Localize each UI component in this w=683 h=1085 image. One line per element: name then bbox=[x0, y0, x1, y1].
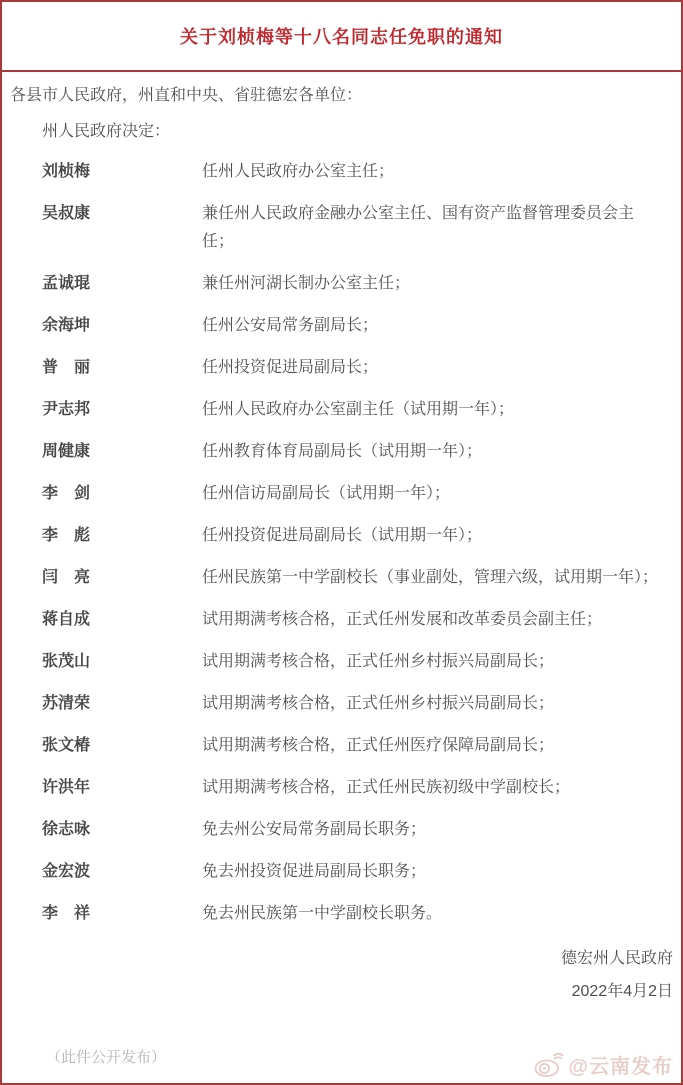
appointment-action: 免去州投资促进局副局长职务； bbox=[202, 858, 673, 886]
appointment-row: 孟诚琨兼任州河湖长制办公室主任； bbox=[10, 270, 673, 298]
appointment-row: 张茂山试用期满考核合格，正式任州乡村振兴局副局长； bbox=[10, 648, 673, 676]
issuing-authority: 德宏州人民政府 bbox=[10, 942, 673, 975]
appointment-action: 试用期满考核合格，正式任州乡村振兴局副局长； bbox=[202, 690, 673, 718]
notice-header: 关于刘桢梅等十八名同志任免职的通知 bbox=[2, 2, 681, 72]
appointment-action: 免去州民族第一中学副校长职务。 bbox=[202, 900, 673, 928]
appointment-row: 许洪年试用期满考核合格，正式任州民族初级中学副校长； bbox=[10, 774, 673, 802]
appointment-row: 金宏波免去州投资促进局副局长职务； bbox=[10, 858, 673, 886]
public-release-note: （此件公开发布） bbox=[46, 1046, 166, 1067]
watermark-text: @云南发布 bbox=[568, 1050, 673, 1079]
appointment-action: 试用期满考核合格，正式任州发展和改革委员会副主任； bbox=[202, 606, 673, 634]
appointment-row: 余海坤任州公安局常务副局长； bbox=[10, 312, 673, 340]
person-name: 蒋自成 bbox=[10, 606, 202, 634]
person-name: 刘桢梅 bbox=[10, 158, 202, 186]
appointment-row: 李 剑任州信访局副局长（试用期一年）； bbox=[10, 480, 673, 508]
appointment-action: 试用期满考核合格，正式任州乡村振兴局副局长； bbox=[202, 648, 673, 676]
person-name: 吴叔康 bbox=[10, 200, 202, 256]
person-name: 许洪年 bbox=[10, 774, 202, 802]
appointment-row: 普 丽任州投资促进局副局长； bbox=[10, 354, 673, 382]
person-name: 金宏波 bbox=[10, 858, 202, 886]
notice-body: 各县市人民政府，州直和中央、省驻德宏各单位： 州人民政府决定： 刘桢梅任州人民政… bbox=[2, 72, 681, 1008]
appointment-action: 试用期满考核合格，正式任州医疗保障局副局长； bbox=[202, 732, 673, 760]
weibo-icon bbox=[533, 1051, 565, 1079]
person-name: 尹志邦 bbox=[10, 396, 202, 424]
person-name: 李 剑 bbox=[10, 480, 202, 508]
person-name: 孟诚琨 bbox=[10, 270, 202, 298]
appointment-action: 任州投资促进局副局长； bbox=[202, 354, 673, 382]
appointment-action: 兼任州河湖长制办公室主任； bbox=[202, 270, 673, 298]
person-name: 闫 亮 bbox=[10, 564, 202, 592]
appointment-row: 李 祥免去州民族第一中学副校长职务。 bbox=[10, 900, 673, 928]
appointment-action: 任州信访局副局长（试用期一年）； bbox=[202, 480, 673, 508]
appointment-row: 张文椿试用期满考核合格，正式任州医疗保障局副局长； bbox=[10, 732, 673, 760]
appointment-row: 吴叔康兼任州人民政府金融办公室主任、国有资产监督管理委员会主任； bbox=[10, 200, 673, 256]
person-name: 徐志咏 bbox=[10, 816, 202, 844]
appointment-row: 闫 亮任州民族第一中学副校长（事业副处，管理六级，试用期一年）； bbox=[10, 564, 673, 592]
person-name: 李 祥 bbox=[10, 900, 202, 928]
appointment-row: 徐志咏免去州公安局常务副局长职务； bbox=[10, 816, 673, 844]
person-name: 张文椿 bbox=[10, 732, 202, 760]
appointment-action: 免去州公安局常务副局长职务； bbox=[202, 816, 673, 844]
decision-intro-line: 州人民政府决定： bbox=[10, 118, 673, 146]
appointment-list: 刘桢梅任州人民政府办公室主任； 吴叔康兼任州人民政府金融办公室主任、国有资产监督… bbox=[10, 158, 673, 928]
signature-block: 德宏州人民政府 2022年4月2日 bbox=[10, 942, 673, 1008]
appointment-row: 刘桢梅任州人民政府办公室主任； bbox=[10, 158, 673, 186]
appointment-action: 任州公安局常务副局长； bbox=[202, 312, 673, 340]
person-name: 李 彪 bbox=[10, 522, 202, 550]
page-title: 关于刘桢梅等十八名同志任免职的通知 bbox=[180, 23, 503, 49]
notice-document: 关于刘桢梅等十八名同志任免职的通知 各县市人民政府，州直和中央、省驻德宏各单位：… bbox=[0, 0, 683, 1085]
appointment-action: 兼任州人民政府金融办公室主任、国有资产监督管理委员会主任； bbox=[202, 200, 673, 256]
person-name: 余海坤 bbox=[10, 312, 202, 340]
person-name: 苏清荣 bbox=[10, 690, 202, 718]
appointment-action: 试用期满考核合格，正式任州民族初级中学副校长； bbox=[202, 774, 673, 802]
issue-date: 2022年4月2日 bbox=[10, 975, 673, 1008]
person-name: 周健康 bbox=[10, 438, 202, 466]
watermark: @云南发布 bbox=[533, 1050, 673, 1079]
appointment-action: 任州人民政府办公室主任； bbox=[202, 158, 673, 186]
appointment-action: 任州教育体育局副局长（试用期一年）； bbox=[202, 438, 673, 466]
appointment-row: 蒋自成试用期满考核合格，正式任州发展和改革委员会副主任； bbox=[10, 606, 673, 634]
person-name: 张茂山 bbox=[10, 648, 202, 676]
salutation-line: 各县市人民政府，州直和中央、省驻德宏各单位： bbox=[10, 82, 673, 110]
appointment-row: 周健康任州教育体育局副局长（试用期一年）； bbox=[10, 438, 673, 466]
person-name: 普 丽 bbox=[10, 354, 202, 382]
appointment-action: 任州人民政府办公室副主任（试用期一年）； bbox=[202, 396, 673, 424]
appointment-row: 李 彪任州投资促进局副局长（试用期一年）； bbox=[10, 522, 673, 550]
appointment-action: 任州民族第一中学副校长（事业副处，管理六级，试用期一年）； bbox=[202, 564, 673, 592]
appointment-action: 任州投资促进局副局长（试用期一年）； bbox=[202, 522, 673, 550]
appointment-row: 苏清荣试用期满考核合格，正式任州乡村振兴局副局长； bbox=[10, 690, 673, 718]
appointment-row: 尹志邦任州人民政府办公室副主任（试用期一年）； bbox=[10, 396, 673, 424]
